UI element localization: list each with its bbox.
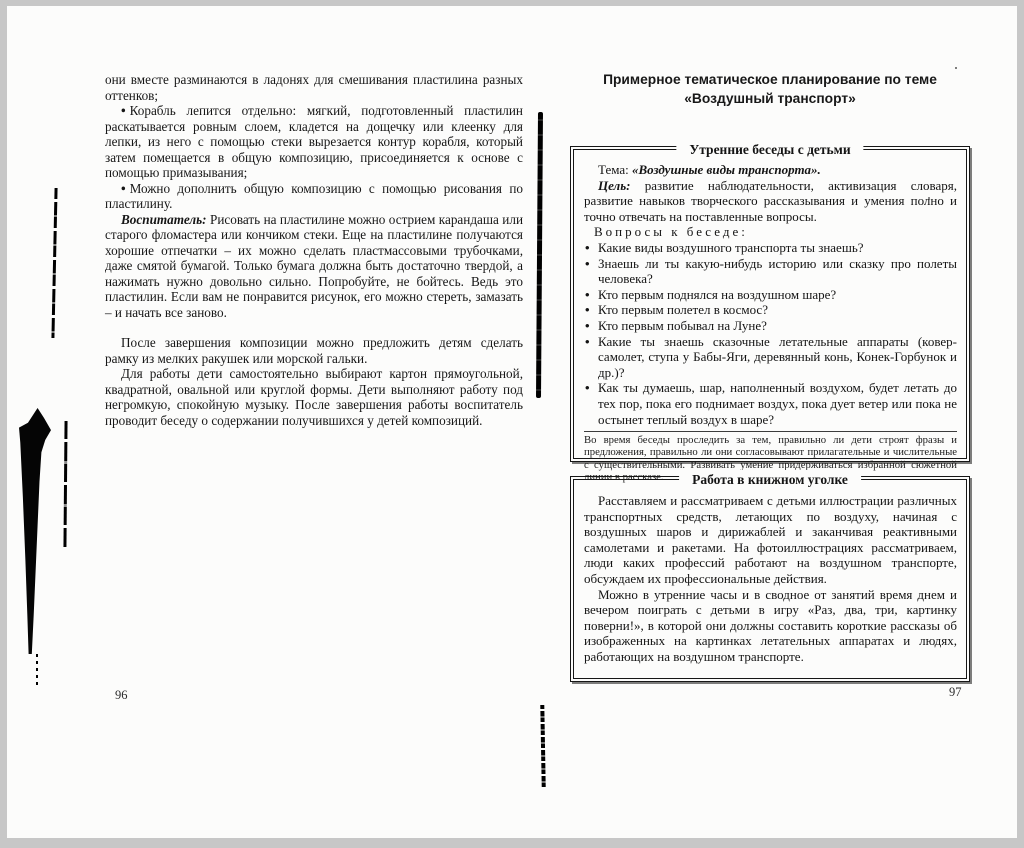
paragraph-intro: они вместе разминаются в ладонях для сме… <box>105 72 523 103</box>
left-page-text-column: они вместе разминаются в ладонях для сме… <box>105 72 523 428</box>
questions-heading: Вопросы к беседе: <box>584 224 957 240</box>
paragraph-bullet-ship: •Корабль лепится отдельно: мягкий, подго… <box>105 103 523 181</box>
bullet-icon: • <box>585 334 590 350</box>
question-item: •Какие виды воздушного транспорта ты зна… <box>584 240 957 256</box>
teacher-label: Воспитатель: <box>121 212 207 227</box>
morning-talks-box-body: Тема: «Воздушные виды транспорта». Цель:… <box>574 150 966 488</box>
scan-artifact-ink-dots <box>36 654 38 686</box>
scan-artifact-speck <box>928 197 930 199</box>
question-item: •Знаешь ли ты какую-нибудь историю или с… <box>584 256 957 287</box>
question-text: Какие ты знаешь сказочные летательные ап… <box>598 334 957 380</box>
theme-value: «Воздушные виды транспорта». <box>632 162 821 177</box>
bullet-icon: • <box>585 380 590 396</box>
question-text: Кто первым побывал на Луне? <box>598 318 767 333</box>
goal-line: Цель: развитие наблюдательности, активиз… <box>584 178 957 225</box>
scan-artifact-gutter-streak-lower <box>540 705 545 787</box>
page-title-line2: «Воздушный транспорт» <box>567 89 973 108</box>
page-title-line1: Примерное тематическое планирование по т… <box>567 70 973 89</box>
page-number-left: 96 <box>115 688 128 703</box>
question-item: •Кто первым поднялся на воздушном шаре? <box>584 287 957 303</box>
scan-artifact-left-streak <box>63 421 67 547</box>
question-text: Как ты думаешь, шар, наполненный воздухо… <box>598 380 957 426</box>
bullet-icon: • <box>585 318 590 334</box>
question-text: Кто первым полетел в космос? <box>598 302 768 317</box>
question-text: Знаешь ли ты какую-нибудь историю или ск… <box>598 256 957 287</box>
page-title: Примерное тематическое планирование по т… <box>567 70 973 108</box>
bullet-icon: • <box>585 302 590 318</box>
bullet-icon: • <box>121 181 130 196</box>
paragraph-bullet-drawing-text: Можно дополнить общую композицию с помощ… <box>105 181 523 212</box>
morning-talks-box: Утренние беседы с детьми Тема: «Воздушны… <box>570 146 970 462</box>
question-item: •Кто первым побывал на Луне? <box>584 318 957 334</box>
bullet-icon: • <box>585 287 590 303</box>
paragraph-bullet-ship-text: Корабль лепится отдельно: мягкий, подгот… <box>105 103 523 180</box>
goal-text: развитие наблюдательности, активизация с… <box>584 178 957 224</box>
bullet-icon: • <box>121 103 130 118</box>
scan-artifact-gutter-streak <box>536 112 543 398</box>
question-item: •Кто первым полетел в космос? <box>584 302 957 318</box>
question-text: Кто первым поднялся на воздушном шаре? <box>598 287 836 302</box>
scan-artifact-left-streak <box>51 188 57 338</box>
question-item: •Как ты думаешь, шар, наполненный воздух… <box>584 380 957 427</box>
book-corner-box: Работа в книжном уголке Расставляем и ра… <box>570 476 970 682</box>
book-corner-paragraph-2: Можно в утренние часы и в сводное от зан… <box>584 587 957 665</box>
scan-artifact-ink-blob <box>19 408 51 654</box>
paragraph-teacher: Воспитатель: Рисовать на пластилине можн… <box>105 212 523 321</box>
book-corner-paragraph-1: Расставляем и рассматриваем с детьми илл… <box>584 493 957 587</box>
scan-artifact-speck <box>955 67 957 69</box>
page-number-right: 97 <box>949 685 962 700</box>
morning-talks-box-header: Утренние беседы с детьми <box>676 140 863 159</box>
question-item: •Какие ты знаешь сказочные летательные а… <box>584 334 957 381</box>
book-corner-box-header: Работа в книжном уголке <box>679 470 861 489</box>
goal-label: Цель: <box>598 178 631 193</box>
paragraph-frame: После завершения композиции можно предло… <box>105 335 523 366</box>
theme-label: Тема: <box>598 162 629 177</box>
paragraph-teacher-text: Рисовать на пластилине можно острием кар… <box>105 212 523 320</box>
question-text: Какие виды воздушного транспорта ты знае… <box>598 240 864 255</box>
paragraph-bullet-drawing: •Можно дополнить общую композицию с помо… <box>105 181 523 212</box>
bullet-icon: • <box>585 240 590 256</box>
book-scan-page: они вместе разминаются в ладонях для сме… <box>7 6 1017 838</box>
bullet-icon: • <box>585 256 590 272</box>
paragraph-work: Для работы дети самостоятельно выбирают … <box>105 366 523 428</box>
theme-line: Тема: «Воздушные виды транспорта». <box>584 162 957 178</box>
book-corner-box-body: Расставляем и рассматриваем с детьми илл… <box>574 480 966 670</box>
